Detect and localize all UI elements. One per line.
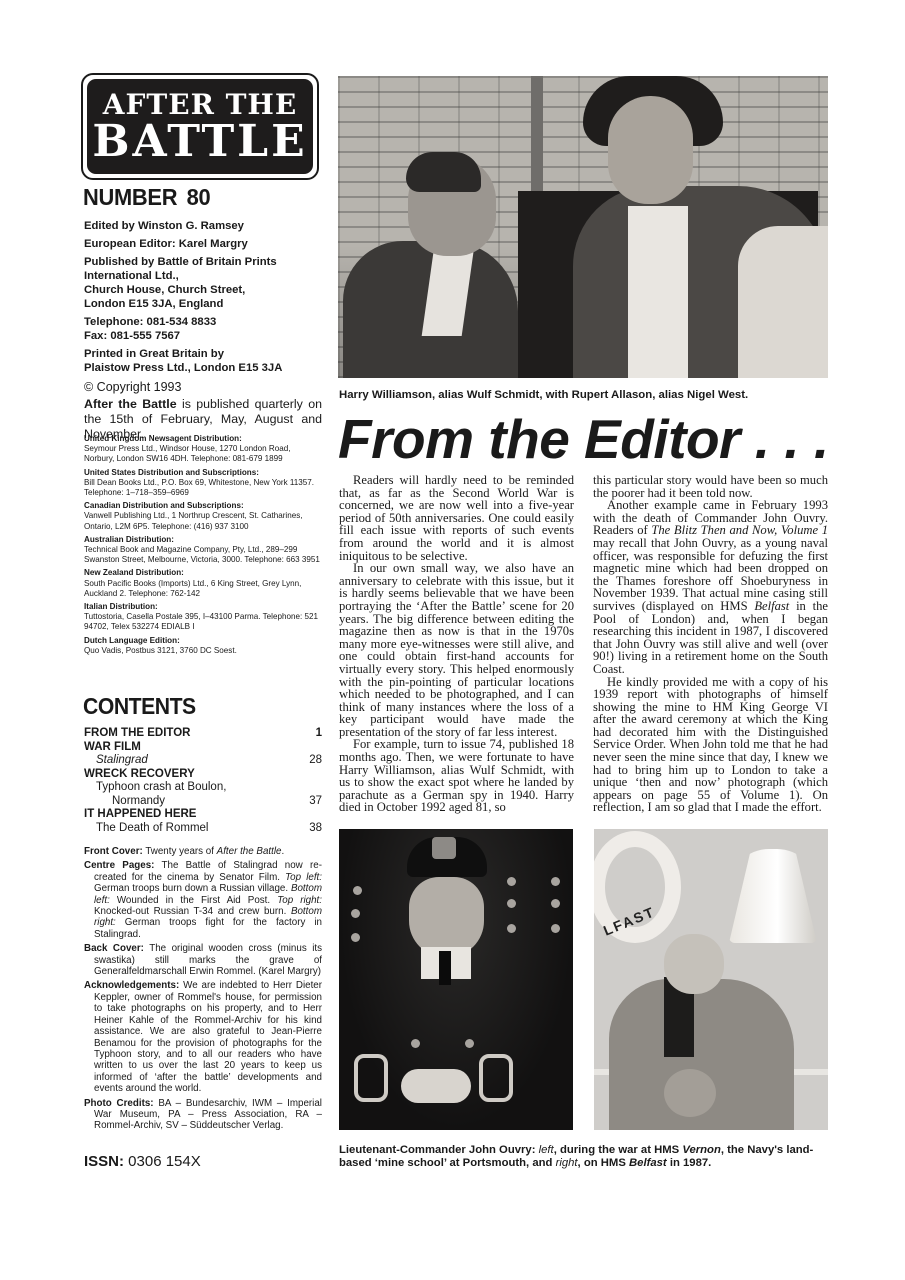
- publisher-line: International Ltd.,: [84, 269, 322, 283]
- logo-plate: AFTER THE BATTLE: [87, 79, 313, 174]
- centre-pages-note: Centre Pages: The Battle of Stalingrad n…: [84, 860, 322, 940]
- article-paragraph: Another example came in February 1993 wi…: [593, 499, 828, 675]
- european-editor-credit: European Editor: Karel Margry: [84, 237, 322, 251]
- issue-notes: Front Cover: Twenty years of After the B…: [84, 846, 322, 1135]
- toc-item-stalingrad[interactable]: Stalingrad28: [84, 754, 322, 768]
- article-paragraph: this particular story would have been so…: [593, 474, 828, 499]
- toc-section-it-happened-here: IT HAPPENED HERE: [84, 808, 322, 822]
- editor-credit: Edited by Winston G. Ramsey: [84, 219, 322, 233]
- logo-line-1: AFTER THE: [103, 90, 297, 120]
- fax: Fax: 081-555 7567: [84, 329, 322, 343]
- photo-ouvry-wartime: [339, 829, 573, 1130]
- toc-page: 28: [309, 754, 322, 768]
- distribution-uk: United Kingdom Newsagent Distribution:Se…: [84, 434, 322, 465]
- front-cover-note: Front Cover: Twenty years of After the B…: [84, 846, 322, 857]
- table-of-contents: FROM THE EDITOR1 WAR FILM Stalingrad28 W…: [84, 727, 322, 835]
- toc-item-typhoon-crash[interactable]: Typhoon crash at Boulon,Normandy37: [84, 781, 322, 808]
- distribution-italy: Italian Distribution:Tuttostoria, Casell…: [84, 602, 322, 633]
- publication-title: After the Battle: [84, 397, 177, 411]
- distribution-new-zealand: New Zealand Distribution:South Pacific B…: [84, 568, 322, 599]
- publisher-line: Church House, Church Street,: [84, 283, 322, 297]
- article-headline: From the Editor . . .: [338, 407, 833, 471]
- article-paragraph: For example, turn to issue 74, published…: [339, 738, 574, 814]
- logo-line-2: BATTLE: [92, 120, 307, 164]
- distribution-australia: Australian Distribution:Technical Book a…: [84, 535, 322, 566]
- top-photo-caption: Harry Williamson, alias Wulf Schmidt, wi…: [339, 388, 829, 402]
- toc-page: 38: [309, 822, 322, 836]
- masthead-info: Edited by Winston G. Ramsey European Edi…: [84, 219, 322, 442]
- issue-number: NUMBER80: [83, 184, 210, 211]
- toc-item-death-of-rommel[interactable]: The Death of Rommel38: [84, 822, 322, 836]
- issn: ISSN: 0306 154X: [84, 1153, 201, 1170]
- distribution-us: United States Distribution and Subscript…: [84, 468, 322, 499]
- article-paragraph: He kindly provided me with a copy of his…: [593, 676, 828, 815]
- toc-section-from-the-editor[interactable]: FROM THE EDITOR1: [84, 727, 322, 741]
- publisher-line: London E15 3JA, England: [84, 297, 322, 311]
- publisher-line: Published by Battle of Britain Prints: [84, 255, 322, 269]
- toc-section-war-film: WAR FILM: [84, 741, 322, 755]
- toc-page: 37: [309, 795, 322, 809]
- telephone: Telephone: 081-534 8833: [84, 315, 322, 329]
- issue-number-value: 80: [187, 184, 211, 210]
- contents-heading: CONTENTS: [83, 693, 196, 720]
- article-column-left: Readers will hardly need to be reminded …: [339, 474, 574, 814]
- photo-williamson-allason: [338, 76, 828, 378]
- photo-ouvry-belfast: LFAST: [594, 829, 828, 1130]
- bottom-photos-caption: Lieutenant-Commander John Ouvry: left, d…: [339, 1144, 831, 1170]
- issue-label: NUMBER: [83, 184, 177, 210]
- toc-page: 1: [316, 727, 322, 741]
- distribution-canada: Canadian Distribution and Subscriptions:…: [84, 501, 322, 532]
- toc-section-wreck-recovery: WRECK RECOVERY: [84, 768, 322, 782]
- article-paragraph: In our own small way, we also have an an…: [339, 562, 574, 738]
- distribution-dutch: Dutch Language Edition:Quo Vadis, Postbu…: [84, 636, 322, 656]
- printer-line: Printed in Great Britain by: [84, 347, 322, 361]
- magazine-logo: AFTER THE BATTLE: [81, 73, 319, 180]
- acknowledgements-note: Acknowledgements: We are indebted to Her…: [84, 980, 322, 1094]
- photo-credits-note: Photo Credits: BA – Bundesarchiv, IWM – …: [84, 1098, 322, 1132]
- copyright: © Copyright 1993: [84, 379, 322, 395]
- article-paragraph: Readers will hardly need to be reminded …: [339, 474, 574, 562]
- distribution-list: United Kingdom Newsagent Distribution:Se…: [84, 434, 322, 659]
- back-cover-note: Back Cover: The original wooden cross (m…: [84, 943, 322, 977]
- article-column-right: this particular story would have been so…: [593, 474, 828, 814]
- printer-line: Plaistow Press Ltd., London E15 3JA: [84, 361, 322, 375]
